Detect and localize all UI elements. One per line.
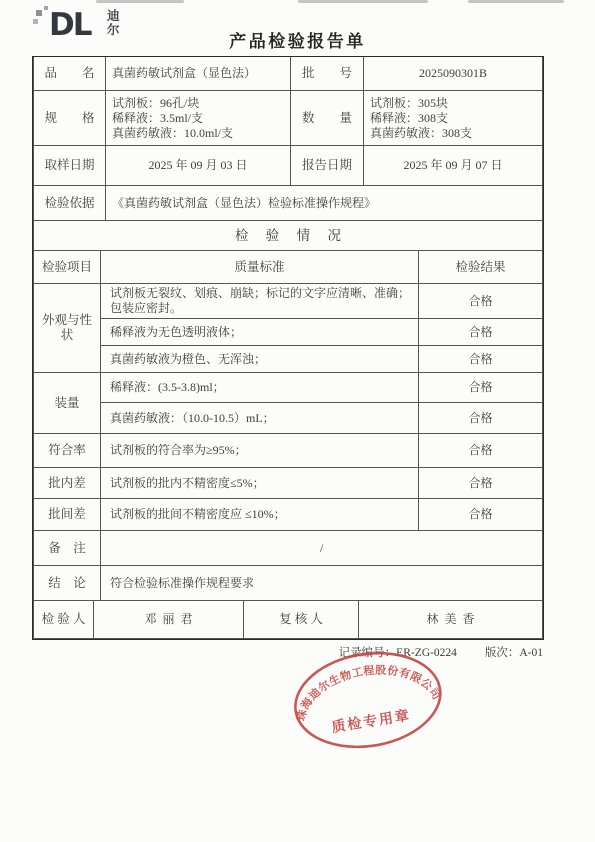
- remark-label: 备 注: [34, 531, 101, 566]
- reviewer-label: 复 核 人: [244, 601, 359, 639]
- appearance-group-label: 外观与性状: [34, 284, 101, 373]
- remark-row: 备 注 /: [34, 531, 543, 566]
- table-row: 稀释液为无色透明液体； 合格: [34, 319, 543, 346]
- result-cell: 合格: [419, 284, 543, 319]
- seal-center-text: 质检专用章: [330, 707, 412, 736]
- standard-cell: 真菌药敏液：（10.0-10.5）mL；: [101, 403, 419, 434]
- quantity-value: 试剂板：305块 稀释液：308支 真菌药敏液：308支: [364, 91, 543, 146]
- result-cell: 合格: [419, 346, 543, 373]
- standard-cell: 真菌药敏液为橙色、无浑浊；: [101, 346, 419, 373]
- scan-artifact: [298, 0, 428, 3]
- table-row: 取样日期 2025 年 09 月 03 日 报告日期 2025 年 09 月 0…: [34, 146, 543, 186]
- result-cell: 合格: [419, 373, 543, 403]
- col-header-result: 检验结果: [419, 251, 543, 284]
- volume-group-label: 装量: [34, 373, 101, 434]
- batch-no-value: 2025090301B: [364, 57, 543, 91]
- sampling-date-value: 2025 年 09 月 03 日: [106, 146, 291, 186]
- sampling-date-label: 取样日期: [34, 146, 106, 186]
- table-row: 符合率 试剂板的符合率为≥95%； 合格: [34, 434, 543, 468]
- quantity-line: 稀释液：308支: [370, 111, 536, 126]
- results-header-row: 检验项目 质量标准 检验结果: [34, 251, 543, 284]
- standard-cell: 试剂板的批间不精密度应 ≤10%；: [101, 499, 419, 531]
- table-row: 真菌药敏液为橙色、无浑浊； 合格: [34, 346, 543, 373]
- standard-cell: 试剂板无裂纹、划痕、崩缺；标记的文字应清晰、准确；包装应密封。: [101, 284, 419, 319]
- section-title: 检 验 情 况: [34, 221, 543, 251]
- result-cell: 合格: [419, 434, 543, 468]
- table-row: 外观与性状 试剂板无裂纹、划痕、崩缺；标记的文字应清晰、准确；包装应密封。 合格: [34, 284, 543, 319]
- version-value: A-01: [519, 647, 543, 659]
- table-row: 品 名 真菌药敏试剂盒（显色法） 批 号 2025090301B: [34, 57, 543, 91]
- spec-line: 真菌药敏液：10.0ml/支: [112, 126, 284, 141]
- quantity-line: 真菌药敏液：308支: [370, 126, 536, 141]
- quantity-line: 试剂板：305块: [370, 96, 536, 111]
- table-row: 真菌药敏液：（10.0-10.5）mL； 合格: [34, 403, 543, 434]
- remark-value: /: [101, 531, 543, 566]
- section-header-row: 检 验 情 况: [34, 221, 543, 251]
- conclusion-row: 结 论 符合检验标准操作规程要求: [34, 566, 543, 601]
- item-label: 批间差: [34, 499, 101, 531]
- scan-artifact: [468, 0, 564, 3]
- standard-cell: 试剂板的批内不精密度≤5%；: [101, 468, 419, 499]
- conclusion-value: 符合检验标准操作规程要求: [101, 566, 543, 601]
- col-header-standard: 质量标准: [101, 251, 419, 284]
- spec-line: 稀释液：3.5ml/支: [112, 111, 284, 126]
- conclusion-label: 结 论: [34, 566, 101, 601]
- spec-label: 规 格: [34, 91, 106, 146]
- page-title: 产品检验报告单: [0, 27, 595, 52]
- signatures-row: 检 验 人 邓丽君 复 核 人 林美香: [34, 601, 543, 639]
- item-label: 批内差: [34, 468, 101, 499]
- col-header-item: 检验项目: [34, 251, 101, 284]
- info-table: 品 名 真菌药敏试剂盒（显色法） 批 号 2025090301B 规 格 试剂板…: [33, 56, 543, 251]
- spec-value: 试剂板：96孔/块 稀释液：3.5ml/支 真菌药敏液：10.0ml/支: [106, 91, 291, 146]
- item-label: 符合率: [34, 434, 101, 468]
- table-row: 检验依据 《真菌药敏试剂盒（显色法）检验标准操作规程》: [34, 186, 543, 221]
- table-row: 装量 稀释液：(3.5-3.8)ml； 合格: [34, 373, 543, 403]
- result-cell: 合格: [419, 319, 543, 346]
- product-name-label: 品 名: [34, 57, 106, 91]
- result-cell: 合格: [419, 499, 543, 531]
- standard-cell: 稀释液：(3.5-3.8)ml；: [101, 373, 419, 403]
- standard-cell: 试剂板的符合率为≥95%；: [101, 434, 419, 468]
- report-page: DL 迪 尔 产品检验报告单 品 名 真菌药敏试剂盒（显色法） 批 号 2025…: [0, 0, 595, 842]
- basis-label: 检验依据: [34, 186, 106, 221]
- result-cell: 合格: [419, 403, 543, 434]
- spec-line: 试剂板：96孔/块: [112, 96, 284, 111]
- inspector-label: 检 验 人: [34, 601, 94, 639]
- standard-cell: 稀释液为无色透明液体；: [101, 319, 419, 346]
- logo-square-icon: [36, 10, 42, 16]
- basis-value: 《真菌药敏试剂盒（显色法）检验标准操作规程》: [106, 186, 543, 221]
- batch-no-label: 批 号: [291, 57, 364, 91]
- result-cell: 合格: [419, 468, 543, 499]
- report-date-value: 2025 年 09 月 07 日: [364, 146, 543, 186]
- product-name-value: 真菌药敏试剂盒（显色法）: [106, 57, 291, 91]
- inspector-name: 邓丽君: [94, 601, 244, 639]
- scan-artifact: [96, 0, 184, 3]
- record-number-line: 记录编号：ER-ZG-0224版次：A-01: [33, 644, 543, 660]
- results-table: 检验项目 质量标准 检验结果 外观与性状 试剂板无裂纹、划痕、崩缺；标记的文字应…: [33, 250, 543, 601]
- version-label: 版次：: [485, 647, 520, 659]
- signatures-table: 检 验 人 邓丽君 复 核 人 林美香: [33, 600, 543, 639]
- table-row: 批间差 试剂板的批间不精密度应 ≤10%； 合格: [34, 499, 543, 531]
- reviewer-name: 林美香: [359, 601, 543, 639]
- report-table: 品 名 真菌药敏试剂盒（显色法） 批 号 2025090301B 规 格 试剂板…: [33, 57, 543, 639]
- table-row: 批内差 试剂板的批内不精密度≤5%； 合格: [34, 468, 543, 499]
- logo-square-icon: [33, 19, 38, 24]
- table-row: 规 格 试剂板：96孔/块 稀释液：3.5ml/支 真菌药敏液：10.0ml/支…: [34, 91, 543, 146]
- quantity-label: 数 量: [291, 91, 364, 146]
- logo-square-icon: [44, 6, 48, 10]
- logo-cn-top: 迪: [107, 9, 120, 23]
- report-date-label: 报告日期: [291, 146, 364, 186]
